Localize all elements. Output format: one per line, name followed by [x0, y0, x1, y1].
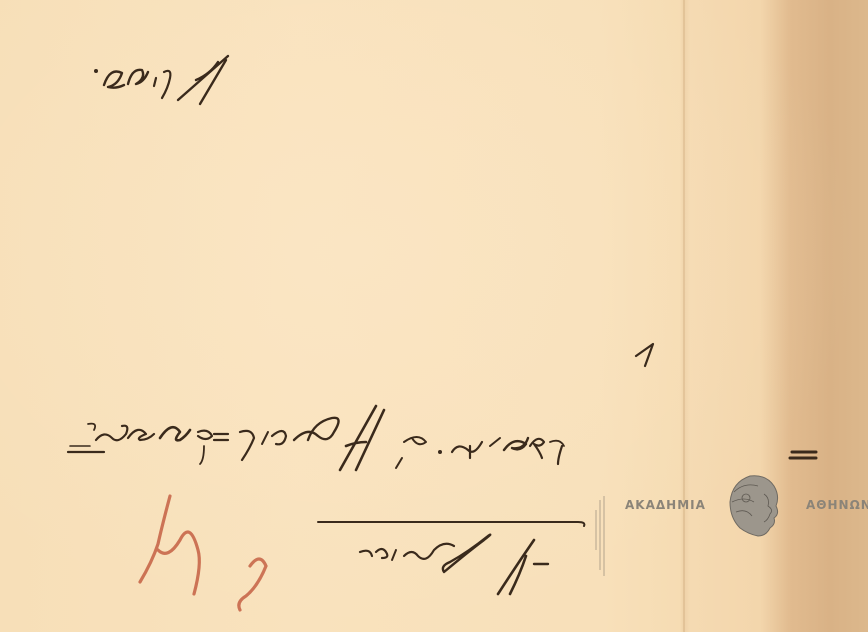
athena-head-icon — [724, 472, 780, 538]
stamp-right-word: ΑΘΗΝΩΝ — [806, 498, 868, 512]
stamp-left-word: ΑΚΑΔΗΜΙΑ — [625, 498, 706, 512]
